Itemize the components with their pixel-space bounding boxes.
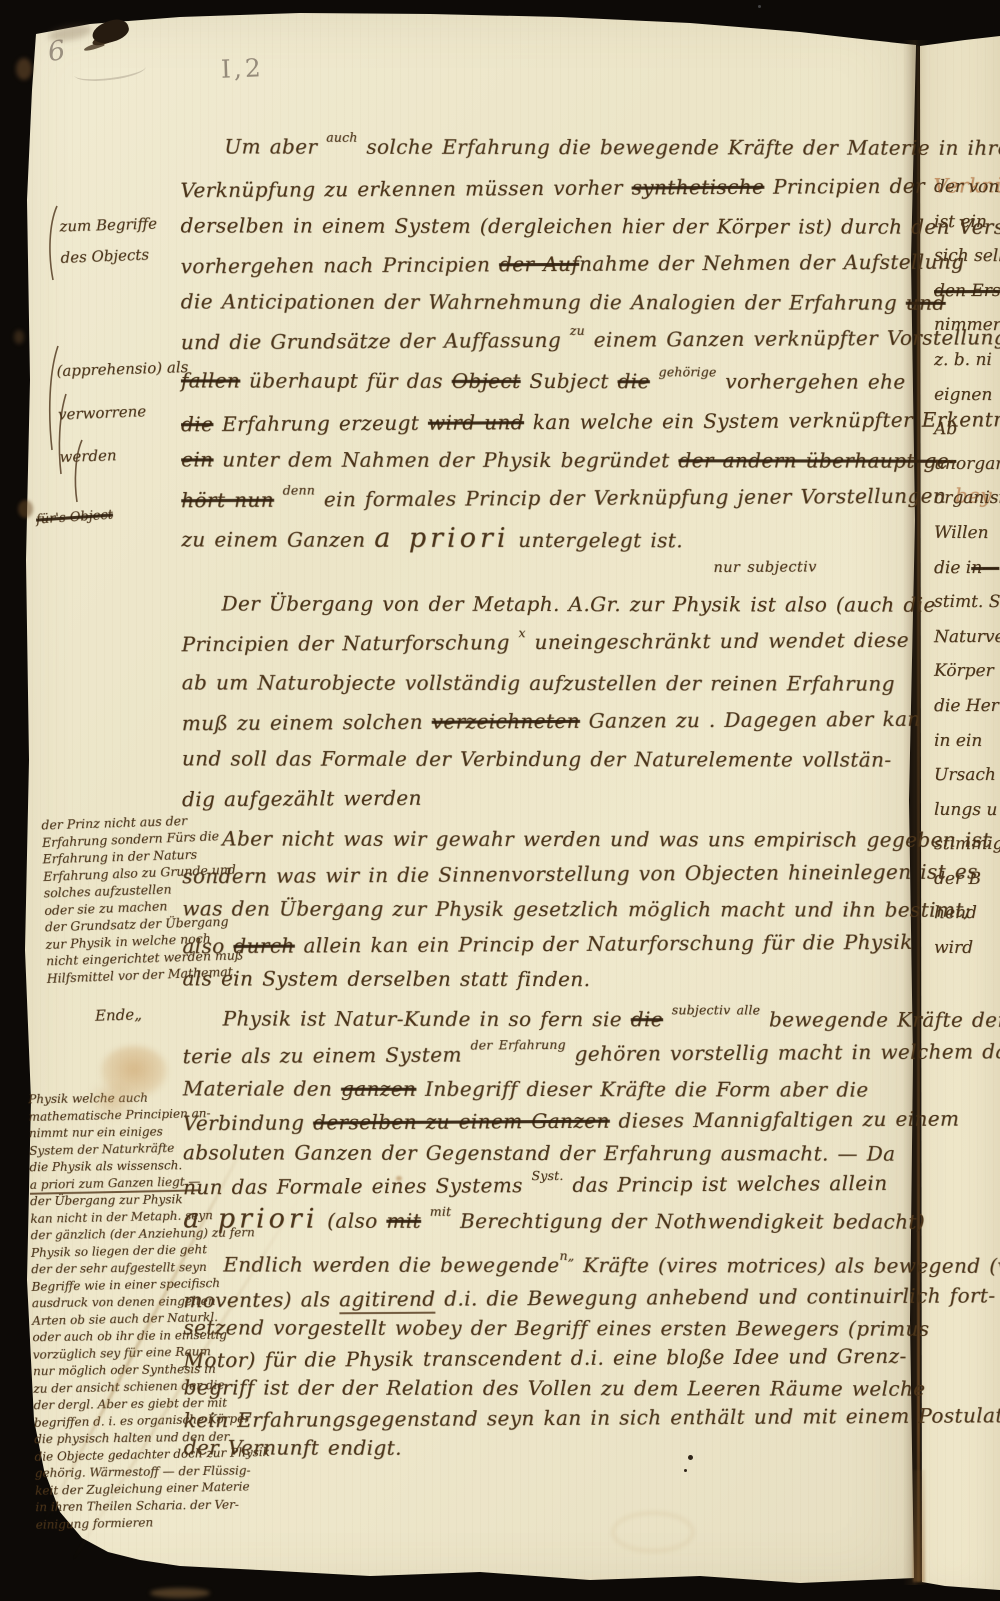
text-line: Principien der Naturforschung x uneinges…: [181, 621, 907, 666]
margin-note-principle: der Prinz nicht aus derErfahrung sondern…: [41, 811, 199, 986]
text-line: setzend vorgestellt wobey der Begriff ei…: [183, 1312, 909, 1343]
latin-emphasis: a priori: [374, 523, 509, 554]
paragraph: Endlich werden die bewegenden„ Kräfte (v…: [183, 1249, 910, 1464]
paragraph: Aber nicht was wir gewahr werden und was…: [182, 821, 908, 998]
text-line: hend: [934, 896, 1000, 931]
text-line: und die Grundsätze der Auffassung zu ein…: [181, 319, 907, 364]
text-line: Motor) für die Physik transcendent d.i. …: [183, 1341, 909, 1375]
paragraph: Um aber auch solche Erfahrung die bewege…: [180, 127, 907, 580]
stain: [16, 58, 32, 80]
text-line: Ab: [934, 412, 1000, 447]
text-line: muß zu einem solchen verzeichneten Ganze…: [182, 700, 908, 742]
struck-text: die: [181, 412, 213, 436]
text-line: die in—: [934, 550, 1000, 585]
stain: [14, 330, 24, 344]
text-line: zum Begriffe: [59, 209, 157, 243]
text-line: unorgan: [934, 447, 1000, 482]
text-line: vorhergehen nach Principien der Aufnahme…: [180, 243, 906, 285]
struck-text: mit: [386, 1209, 421, 1233]
inserted-text: zu: [570, 323, 585, 338]
ink-speck: [340, 903, 343, 906]
struck-text: die: [617, 369, 649, 393]
text-line: z. b. ni: [934, 343, 1000, 378]
text-line: wird: [934, 931, 1000, 966]
text-line: moventes) als agitirend d.i. die Bewegun…: [183, 1281, 909, 1315]
text-line: die Erfahrung erzeugt wird und kan welch…: [181, 401, 907, 443]
inserted-text: x: [518, 625, 525, 640]
struck-text: den Ersch: [934, 281, 1000, 301]
text-line: nur subjectiv: [181, 557, 907, 581]
struck-text: der Auf: [499, 252, 579, 276]
text-line: Ende„: [95, 1005, 142, 1024]
text-line: die Her: [934, 689, 1000, 724]
text-line: hört nun denn ein formales Princip der V…: [181, 477, 907, 522]
text-line: ein unter dem Nahmen der Physik begründe…: [181, 440, 907, 479]
text-line: (apprehensio) als: [56, 346, 189, 393]
inserted-text: gehörige: [659, 364, 717, 379]
text-line: der B: [934, 862, 1000, 897]
text-line: Körper: [934, 654, 1000, 689]
struck-text: derselben zu einem Ganzen: [313, 1109, 610, 1135]
text-line: Verbindung derselben zu einem Ganzen die…: [183, 1103, 909, 1139]
manuscript-scan: 6 I,2 zum Begriffedes Objects (apprehens…: [0, 0, 1000, 1601]
struck-text: n—: [971, 557, 999, 577]
margin-note-object: zum Begriffedes Objects: [59, 208, 159, 273]
inserted-text: Syst.: [531, 1168, 563, 1183]
text-line: Aber nicht was wir gewahr werden und was…: [182, 821, 908, 857]
ink-speck: [684, 1469, 687, 1472]
struck-text: ganzen: [341, 1077, 416, 1101]
text-line: Naturve: [934, 620, 1000, 655]
text-line: nun das Formale eines Systems Syst. das …: [183, 1167, 909, 1206]
text-line: Der Übergang von der Metaph. A.Gr. zur P…: [181, 584, 907, 623]
text-line: Endlich werden die bewegenden„ Kräfte (v…: [183, 1249, 909, 1283]
adjacent-page-text: der vonist einsich selbden Erschnimmerz.…: [934, 170, 1000, 966]
fold-crease: [917, 46, 920, 1582]
text-line: derselben in einem System (dergleichen h…: [180, 206, 906, 245]
text-line: dig aufgezählt werden: [182, 776, 908, 818]
text-line: lungs u: [934, 792, 1000, 827]
text-line: Um aber auch solche Erfahrung die bewege…: [180, 127, 906, 169]
ink-speck: [688, 1455, 693, 1460]
inserted-text: n„: [560, 1248, 575, 1263]
struck-text: der andern überhaupt ge-: [678, 448, 956, 472]
text-line: ist ein: [934, 204, 1000, 239]
fold-crease-bottom: [913, 1470, 925, 1582]
struck-text: fallen: [181, 368, 240, 392]
text-line: des Objects: [60, 239, 159, 274]
text-line: sondern was wir in die Sinnenvorstellung…: [182, 855, 908, 894]
struck-text: Object: [452, 369, 521, 393]
text-line: der von: [934, 170, 1000, 205]
text-line: den Ersch: [934, 274, 1000, 309]
paragraph: Der Übergang von der Metaph. A.Gr. zur P…: [181, 584, 908, 817]
struck-text: verzeichneten: [432, 709, 580, 734]
text-line: Ursach: [934, 758, 1000, 793]
struck-text: hört nun: [181, 488, 274, 513]
struck-text: durch: [233, 934, 294, 958]
inserted-text: der Erfahrung: [470, 1037, 565, 1053]
text-line: die Anticipationen der Wahrnehmung die A…: [181, 282, 907, 321]
struck-text: wird und: [428, 410, 524, 435]
inserted-text: subjectiv alle: [672, 1002, 760, 1017]
text-line: ab um Naturobjecte vollständig aufzustel…: [182, 663, 908, 702]
inserted-text: mit: [430, 1204, 452, 1219]
struck-text: ein: [181, 447, 213, 471]
ink-speck: [758, 5, 761, 8]
main-text: Um aber auch solche Erfahrung die bewege…: [180, 127, 909, 1464]
text-line: organisi: [934, 481, 1000, 516]
text-line: in ein: [934, 723, 1000, 758]
text-line: was den Übergang zur Physik gesetzlich m…: [182, 891, 908, 927]
text-line: zu einem Ganzen a priori untergelegt ist…: [181, 519, 907, 559]
text-line: als ein System derselben statt finden.: [182, 961, 908, 997]
text-line: Materiale den ganzen Inbegriff dieser Kr…: [183, 1072, 909, 1105]
text-line: kein Erfahrungsgegenstand seyn kan in si…: [184, 1401, 910, 1435]
text-line: und soll das Formale der Verbindung der …: [182, 739, 908, 778]
stain: [150, 1588, 210, 1598]
text-line: werden: [59, 432, 192, 479]
text-line: stimmig: [934, 827, 1000, 862]
text-line: fallen überhaupt für das Object Subject …: [181, 361, 907, 403]
sheet-mark: I,2: [221, 53, 265, 83]
text-line: also durch allein kan ein Princip der Na…: [182, 925, 908, 964]
text-line: verworrene: [57, 388, 190, 436]
text-line: einigung formieren: [36, 1513, 208, 1534]
text-line: der Vernunft endigt.: [184, 1432, 910, 1463]
text-line: stimt. S: [934, 585, 1000, 620]
text-line: terie als zu einem System der Erfahrung …: [183, 1036, 909, 1075]
inserted-text: auch: [326, 130, 357, 145]
inserted-text: denn: [283, 482, 315, 497]
text-line: Physik ist Natur-Kunde in so fern sie di…: [183, 1002, 909, 1038]
struck-text: die: [631, 1007, 663, 1031]
struck-text: synthetische: [632, 175, 765, 200]
underlined-text: agitirend: [339, 1287, 435, 1315]
text-line: Verknüpfung zu erkennen müssen vorher sy…: [180, 167, 906, 209]
text-line: nimmer: [934, 308, 1000, 343]
margin-note-ende: Ende„: [95, 1005, 142, 1025]
text-line: Willen: [934, 516, 1000, 551]
margin-note-physik: Physik welche auchmathematische Principi…: [28, 1089, 208, 1534]
margin-note-apprehensio: (apprehensio) alsverworrenewerden: [56, 346, 192, 480]
text-line: sich selb: [934, 239, 1000, 274]
text-line: absoluten Ganzen der Gegenstand der Erfa…: [183, 1136, 909, 1169]
text-line: eignen: [934, 377, 1000, 412]
text-line: begriff ist der der Relation des Vollen …: [184, 1372, 910, 1403]
